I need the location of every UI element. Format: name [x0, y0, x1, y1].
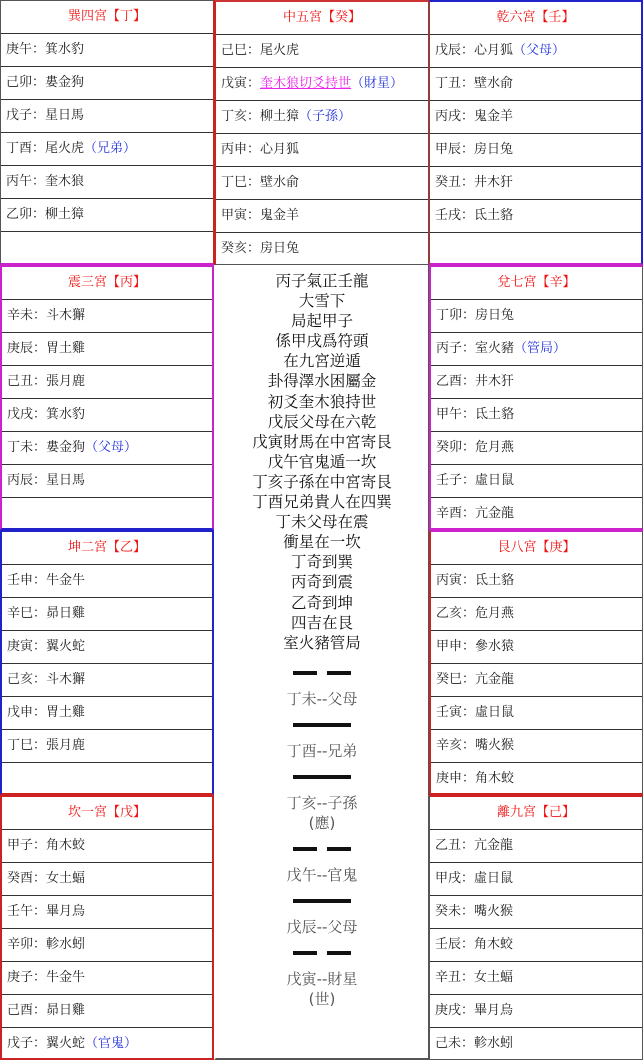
yin-line-icon: [216, 943, 428, 963]
stem-branch: 己亥: [7, 672, 33, 687]
yin-line-icon: [216, 663, 428, 683]
separator: ：: [462, 374, 475, 389]
verse-line: 衝星在一坎: [216, 532, 428, 552]
palace-row: 己丑：張月鹿: [2, 366, 212, 399]
separator: ：: [462, 341, 475, 356]
stem-branch: 丁巳: [7, 738, 33, 753]
solid-bar: [293, 899, 351, 903]
palace-li9: 離九宮【己】乙丑：亢金龍甲戌：虛日鼠癸未：嘴火猴壬辰：角木蛟辛丑：女土蝠庚戌：畢…: [429, 795, 643, 1060]
stem-branch: 癸卯: [436, 440, 462, 455]
separator: ：: [462, 672, 475, 687]
lunar-mansion: 房日兔: [260, 241, 299, 256]
palace-row: 辛亥：嘴火猴: [431, 730, 642, 763]
stem-branch: 己丑: [7, 374, 33, 389]
verse-line: 戊午官鬼遁一坎: [216, 452, 428, 472]
lunar-mansion: 尾火虎: [260, 43, 299, 58]
lunar-mansion: 胃土雞: [46, 341, 85, 356]
lunar-mansion: 氐土貉: [474, 208, 513, 223]
stem-branch: 戊申: [7, 705, 33, 720]
stem-branch: 甲申: [436, 639, 462, 654]
verse-line: 卦得澤水困屬金: [216, 371, 428, 391]
separator: ：: [247, 175, 260, 190]
palace-title: 艮八宮【庚】: [431, 532, 642, 565]
lunar-mansion: 柳土獐: [260, 109, 299, 124]
lunar-mansion: 亢金龍: [475, 506, 514, 521]
lunar-mansion: 女土蝠: [46, 871, 85, 886]
broken-bar: [293, 671, 317, 675]
palace-row: 丙戌：鬼金羊: [430, 101, 641, 134]
palace-row: 壬午：畢月烏: [2, 896, 212, 929]
palace-row: 丙子：室火豬（管局）: [431, 333, 642, 366]
verse-line: 係甲戌爲符頭: [216, 331, 428, 351]
broken-bar: [327, 847, 351, 851]
palace-row: 戊子：翼火蛇（官鬼）: [2, 1028, 212, 1060]
lunar-mansion: 亢金龍: [475, 672, 514, 687]
palace-row: 丁亥：柳土獐（子孫）: [216, 101, 428, 134]
yang-line-icon: [216, 715, 428, 735]
lunar-mansion: 軫水蚓: [474, 1036, 513, 1051]
lunar-mansion: 心月狐: [474, 43, 513, 58]
stem-branch: 丙辰: [7, 473, 33, 488]
lunar-mansion: 井木犴: [474, 175, 513, 190]
stem-branch: 庚午: [6, 42, 32, 57]
broken-bar: [293, 847, 317, 851]
relation-tag: （父母）: [85, 440, 137, 455]
yao-note: (世): [216, 989, 428, 1009]
palace-row: 辛丑：女土蝠: [430, 962, 642, 995]
separator: ：: [247, 208, 260, 223]
palace-title: 坤二宮【乙】: [2, 532, 212, 565]
separator: ：: [32, 207, 45, 222]
palace-row: 丁巳：張月鹿: [2, 730, 212, 763]
palace-row: 甲戌：虛日鼠: [430, 863, 642, 896]
stem-branch: 甲戌: [435, 871, 461, 886]
stem-branch: 壬戌: [435, 208, 461, 223]
separator: ：: [33, 440, 46, 455]
spacer: [216, 1009, 428, 1015]
palace-row: 丁卯：房日兔: [431, 300, 642, 333]
lunar-mansion: 虛日鼠: [475, 473, 514, 488]
palace-row: 戊辰：心月狐（父母）: [430, 35, 641, 68]
stem-branch: 癸酉: [7, 871, 33, 886]
lunar-mansion: 昴日雞: [46, 1003, 85, 1018]
separator: ：: [462, 308, 475, 323]
separator: ：: [33, 573, 46, 588]
palace-row: 乙酉：井木犴: [431, 366, 642, 399]
palace-row: 戊子：星日馬: [1, 100, 213, 133]
separator: ：: [462, 606, 475, 621]
lunar-mansion: 角木蛟: [46, 838, 85, 853]
verse-line: 丁奇到巽: [216, 552, 428, 572]
palace-row: 丁巳：壁水俞: [216, 167, 428, 200]
stem-branch: 丙戌: [435, 109, 461, 124]
palace-zhong5: 中五宮【癸】己巳：尾火虎戊寅：奎木狼切爻持世（財星）丁亥：柳土獐（子孫）丙申：心…: [214, 0, 429, 265]
separator: ：: [461, 838, 474, 853]
stem-branch: 癸巳: [436, 672, 462, 687]
stem-branch: 庚辰: [7, 341, 33, 356]
palace-dui7: 兌七宮【辛】丁卯：房日兔丙子：室火豬（管局）乙酉：井木犴甲午：氐土貉癸卯：危月燕…: [429, 265, 643, 530]
palace-row: 己卯：婁金狗: [1, 67, 213, 100]
palace-title: 兌七宮【辛】: [431, 267, 642, 300]
lunar-mansion: 危月燕: [475, 440, 514, 455]
separator: ：: [462, 705, 475, 720]
palace-xun4: 巽四宮【丁】庚午：箕水豹己卯：婁金狗戊子：星日馬丁酉：尾火虎（兄弟）丙午：奎木狼…: [0, 0, 214, 265]
palace-row: [2, 498, 212, 531]
stem-branch: 己未: [435, 1036, 461, 1051]
stem-branch: 丙子: [436, 341, 462, 356]
relation-tag: （管局）: [514, 341, 566, 356]
stem-branch: 丁酉: [6, 141, 32, 156]
separator: ：: [462, 573, 475, 588]
separator: ：: [33, 871, 46, 886]
stem-branch: 戊寅: [221, 76, 247, 91]
separator: ：: [462, 639, 475, 654]
separator: ：: [461, 142, 474, 157]
separator: ：: [461, 904, 474, 919]
lunar-mansion: 牛金牛: [46, 573, 85, 588]
lunar-mansion: 星日馬: [45, 108, 84, 123]
palace-row: 戊申：胃土雞: [2, 697, 212, 730]
palace-row: 己未：軫水蚓: [430, 1028, 642, 1060]
palace-row: 辛酉：亢金龍: [431, 498, 642, 531]
separator: ：: [32, 42, 45, 57]
separator: ：: [32, 141, 45, 156]
stem-branch: 辛亥: [436, 738, 462, 753]
lunar-mansion: 星日馬: [46, 473, 85, 488]
separator: ：: [247, 142, 260, 157]
palace-row: 癸丑：井木犴: [430, 167, 641, 200]
palace-row: 甲子：角木蛟: [2, 830, 212, 863]
lunar-mansion: 井木犴: [475, 374, 514, 389]
hexagram-block: 丁未--父母丁酉--兄弟丁亥--子孫(應)戊午--官鬼戊辰--父母戊寅--財星(…: [216, 663, 428, 1015]
lunar-mansion: 張月鹿: [46, 738, 85, 753]
separator: ：: [33, 904, 46, 919]
lunar-mansion: 婁金狗: [45, 75, 84, 90]
separator: ：: [462, 506, 475, 521]
lunar-mansion: 嘴火猴: [475, 738, 514, 753]
separator: ：: [247, 109, 260, 124]
palace-title: 乾六宮【壬】: [430, 2, 641, 35]
palace-kan1: 坎一宮【戊】甲子：角木蛟癸酉：女土蝠壬午：畢月烏辛卯：軫水蚓庚子：牛金牛己酉：昴…: [0, 795, 214, 1060]
lunar-mansion: 角木蛟: [474, 937, 513, 952]
stem-branch: 戊辰: [435, 43, 461, 58]
lunar-mansion: 牛金牛: [46, 970, 85, 985]
verse-line: 大雪下: [216, 291, 428, 311]
lunar-mansion: 箕水豹: [45, 42, 84, 57]
stem-branch: 甲子: [7, 838, 33, 853]
separator: ：: [247, 76, 260, 91]
palace-row: 庚寅：翼火蛇: [2, 631, 212, 664]
palace-row: 己亥：斗木獬: [2, 664, 212, 697]
star-link[interactable]: 奎木狼切爻持世: [260, 76, 351, 91]
yao-label: 丁亥--子孫: [216, 793, 428, 813]
lunar-mansion: 昴日雞: [46, 606, 85, 621]
palace-title: 坎一宮【戊】: [2, 797, 212, 830]
palace-row: [430, 233, 641, 266]
relation-tag: （財星）: [351, 76, 403, 91]
palace-row: 癸卯：危月燕: [431, 432, 642, 465]
relation-tag: （兄弟）: [84, 141, 136, 156]
stem-branch: 庚子: [7, 970, 33, 985]
palace-row: 丁未：婁金狗（父母）: [2, 432, 212, 465]
lunar-mansion: 斗木獬: [46, 308, 85, 323]
stem-branch: 辛未: [7, 308, 33, 323]
broken-bar: [293, 951, 317, 955]
palace-row: 丙午：奎木狼: [1, 166, 213, 199]
separator: ：: [33, 937, 46, 952]
palace-row: 壬申：牛金牛: [2, 565, 212, 598]
palace-title: 巽四宮【丁】: [1, 1, 213, 34]
stem-branch: 壬申: [7, 573, 33, 588]
lunar-mansion: 婁金狗: [46, 440, 85, 455]
stem-branch: 戊子: [7, 1036, 33, 1051]
palace-row: 己酉：昴日雞: [2, 995, 212, 1028]
palace-row: 癸亥：房日兔: [216, 233, 428, 266]
stem-branch: 甲午: [436, 407, 462, 422]
verse-line: 四吉在艮: [216, 613, 428, 633]
stem-branch: 辛卯: [7, 937, 33, 952]
palace-row: 辛未：斗木獬: [2, 300, 212, 333]
separator: ：: [462, 738, 475, 753]
lunar-mansion: 翼火蛇: [46, 639, 85, 654]
verse-line: 在九宮逆遁: [216, 351, 428, 371]
stem-branch: 乙亥: [436, 606, 462, 621]
stem-branch: 丁巳: [221, 175, 247, 190]
palace-title: 中五宮【癸】: [216, 2, 428, 35]
palace-row: 壬寅：虛日鼠: [431, 697, 642, 730]
separator: ：: [461, 937, 474, 952]
lunar-mansion: 畢月烏: [46, 904, 85, 919]
lunar-mansion: 翼火蛇: [46, 1036, 85, 1051]
palace-row: 丁丑：壁水俞: [430, 68, 641, 101]
stem-branch: 丁未: [7, 440, 33, 455]
separator: ：: [33, 374, 46, 389]
separator: ：: [33, 407, 46, 422]
lunar-mansion: 亢金龍: [474, 838, 513, 853]
separator: ：: [461, 76, 474, 91]
broken-bar: [327, 951, 351, 955]
verse-line: 戊寅財馬在中宮寄艮: [216, 432, 428, 452]
lunar-mansion: 虛日鼠: [475, 705, 514, 720]
stem-branch: 甲寅: [221, 208, 247, 223]
lunar-mansion: 箕水豹: [46, 407, 85, 422]
stem-branch: 戊子: [6, 108, 32, 123]
palace-row: 甲寅：鬼金羊: [216, 200, 428, 233]
lunar-mansion: 畢月烏: [474, 1003, 513, 1018]
lunar-mansion: 柳土獐: [45, 207, 84, 222]
stem-branch: 壬子: [436, 473, 462, 488]
palace-row: 乙亥：危月燕: [431, 598, 642, 631]
stem-branch: 丁亥: [221, 109, 247, 124]
solid-bar: [293, 723, 351, 727]
yao-label: 丁酉--兄弟: [216, 741, 428, 761]
stem-branch: 辛酉: [436, 506, 462, 521]
stem-branch: 辛巳: [7, 606, 33, 621]
separator: ：: [33, 341, 46, 356]
palace-kun2: 坤二宮【乙】壬申：牛金牛辛巳：昴日雞庚寅：翼火蛇己亥：斗木獬戊申：胃土雞丁巳：張…: [0, 530, 214, 795]
separator: ：: [33, 1003, 46, 1018]
palace-row: 戊戌：箕水豹: [2, 399, 212, 432]
lunar-mansion: 鬼金羊: [260, 208, 299, 223]
palace-row: 庚戌：畢月烏: [430, 995, 642, 1028]
palace-row: 丙寅：氐土貉: [431, 565, 642, 598]
broken-bar: [327, 671, 351, 675]
lunar-mansion: 危月燕: [475, 606, 514, 621]
yang-line-icon: [216, 767, 428, 787]
separator: ：: [247, 241, 260, 256]
relation-tag: （父母）: [513, 43, 565, 58]
palace-row: 丙申：心月狐: [216, 134, 428, 167]
verse-line: 局起甲子: [216, 311, 428, 331]
verse-line: 乙奇到坤: [216, 593, 428, 613]
palace-qian6: 乾六宮【壬】戊辰：心月狐（父母）丁丑：壁水俞丙戌：鬼金羊甲辰：房日兔癸丑：井木犴…: [429, 0, 643, 265]
palace-row: 癸未：嘴火猴: [430, 896, 642, 929]
separator: ：: [33, 838, 46, 853]
separator: ：: [462, 473, 475, 488]
palace-row: 丁酉：尾火虎（兄弟）: [1, 133, 213, 166]
stem-branch: 己酉: [7, 1003, 33, 1018]
stem-branch: 丙午: [6, 174, 32, 189]
palace-row: 乙卯：柳土獐: [1, 199, 213, 232]
stem-branch: 己巳: [221, 43, 247, 58]
lunar-mansion: 虛日鼠: [474, 871, 513, 886]
yin-line-icon: [216, 839, 428, 859]
lunar-mansion: 張月鹿: [46, 374, 85, 389]
separator: ：: [247, 43, 260, 58]
lunar-mansion: 參水猿: [475, 639, 514, 654]
stem-branch: 丙寅: [436, 573, 462, 588]
lunar-mansion: 胃土雞: [46, 705, 85, 720]
yao-label: 戊寅--財星: [216, 969, 428, 989]
verse-block: 丙子氣正壬龍大雪下局起甲子係甲戌爲符頭在九宮逆遁卦得澤水困屬金初爻奎木狼持世戊辰…: [216, 271, 428, 653]
lunar-mansion: 尾火虎: [45, 141, 84, 156]
palace-row: 甲辰：房日兔: [430, 134, 641, 167]
lunar-mansion: 壁水俞: [474, 76, 513, 91]
separator: ：: [462, 407, 475, 422]
palace-row: 庚午：箕水豹: [1, 34, 213, 67]
separator: ：: [461, 109, 474, 124]
palace-row: 壬辰：角木蛟: [430, 929, 642, 962]
lunar-mansion: 室火豬: [475, 341, 514, 356]
lunar-mansion: 鬼金羊: [474, 109, 513, 124]
relation-tag: （子孫）: [299, 109, 351, 124]
verse-line: 丙奇到震: [216, 572, 428, 592]
verse-line: 丁亥子孫在中宮寄艮: [216, 472, 428, 492]
stem-branch: 己卯: [6, 75, 32, 90]
yao-note: (應): [216, 813, 428, 833]
separator: ：: [33, 672, 46, 687]
palace-row: 壬子：虛日鼠: [431, 465, 642, 498]
palace-row: [2, 763, 212, 796]
stem-branch: 庚申: [436, 771, 462, 786]
separator: ：: [461, 208, 474, 223]
palace-row: 庚辰：胃土雞: [2, 333, 212, 366]
palace-row: 甲午：氐土貉: [431, 399, 642, 432]
yao-label: 戊午--官鬼: [216, 865, 428, 885]
stem-branch: 壬寅: [436, 705, 462, 720]
separator: ：: [33, 705, 46, 720]
stem-branch: 乙卯: [6, 207, 32, 222]
separator: ：: [33, 308, 46, 323]
verse-line: 室火豬管局: [216, 633, 428, 653]
separator: ：: [462, 440, 475, 455]
palace-row: 辛卯：軫水蚓: [2, 929, 212, 962]
lunar-mansion: 房日兔: [475, 308, 514, 323]
palace-title: 震三宮【丙】: [2, 267, 212, 300]
stem-branch: 癸未: [435, 904, 461, 919]
lunar-mansion: 角木蛟: [475, 771, 514, 786]
stem-branch: 庚寅: [7, 639, 33, 654]
yang-line-icon: [216, 891, 428, 911]
separator: ：: [32, 108, 45, 123]
stem-branch: 庚戌: [435, 1003, 461, 1018]
lunar-mansion: 心月狐: [260, 142, 299, 157]
center-commentary-panel: 丙子氣正壬龍大雪下局起甲子係甲戌爲符頭在九宮逆遁卦得澤水困屬金初爻奎木狼持世戊辰…: [214, 265, 429, 1060]
lunar-mansion: 女土蝠: [474, 970, 513, 985]
palace-row: 辛巳：昴日雞: [2, 598, 212, 631]
stem-branch: 癸亥: [221, 241, 247, 256]
stem-branch: 辛丑: [435, 970, 461, 985]
verse-line: 戊辰父母在六乾: [216, 412, 428, 432]
verse-line: 初爻奎木狼持世: [216, 392, 428, 412]
separator: ：: [461, 970, 474, 985]
separator: ：: [461, 175, 474, 190]
separator: ：: [461, 43, 474, 58]
palace-row: 丙辰：星日馬: [2, 465, 212, 498]
separator: ：: [33, 970, 46, 985]
solid-bar: [293, 775, 351, 779]
yao-label: 丁未--父母: [216, 689, 428, 709]
stem-branch: 戊戌: [7, 407, 33, 422]
palace-row: 己巳：尾火虎: [216, 35, 428, 68]
palace-row: 甲申：參水猿: [431, 631, 642, 664]
stem-branch: 壬辰: [435, 937, 461, 952]
separator: ：: [461, 1036, 474, 1051]
lunar-mansion: 壁水俞: [260, 175, 299, 190]
separator: ：: [461, 1003, 474, 1018]
stem-branch: 甲辰: [435, 142, 461, 157]
palace-row: 癸巳：亢金龍: [431, 664, 642, 697]
stem-branch: 丙申: [221, 142, 247, 157]
stem-branch: 乙酉: [436, 374, 462, 389]
palace-row: [1, 232, 213, 265]
separator: ：: [33, 738, 46, 753]
palace-row: 壬戌：氐土貉: [430, 200, 641, 233]
palace-zhen3: 震三宮【丙】辛未：斗木獬庚辰：胃土雞己丑：張月鹿戊戌：箕水豹丁未：婁金狗（父母）…: [0, 265, 214, 530]
stem-branch: 乙丑: [435, 838, 461, 853]
verse-line: 丁未父母在震: [216, 512, 428, 532]
relation-tag: （官鬼）: [85, 1036, 137, 1051]
lunar-mansion: 斗木獬: [46, 672, 85, 687]
stem-branch: 丁卯: [436, 308, 462, 323]
palace-row: 癸酉：女土蝠: [2, 863, 212, 896]
palace-gen8: 艮八宮【庚】丙寅：氐土貉乙亥：危月燕甲申：參水猿癸巳：亢金龍壬寅：虛日鼠辛亥：嘴…: [429, 530, 643, 795]
yao-label: 戊辰--父母: [216, 917, 428, 937]
lunar-mansion: 軫水蚓: [46, 937, 85, 952]
lunar-mansion: 氐土貉: [475, 573, 514, 588]
verse-line: 丁酉兄弟貴人在四巽: [216, 492, 428, 512]
palace-row: 庚申：角木蛟: [431, 763, 642, 796]
palace-row: 戊寅：奎木狼切爻持世（財星）: [216, 68, 428, 101]
lunar-mansion: 嘴火猴: [474, 904, 513, 919]
lunar-mansion: 氐土貉: [475, 407, 514, 422]
separator: ：: [32, 75, 45, 90]
verse-line: 丙子氣正壬龍: [216, 271, 428, 291]
separator: ：: [32, 174, 45, 189]
stem-branch: 丁丑: [435, 76, 461, 91]
separator: ：: [461, 871, 474, 886]
separator: ：: [33, 606, 46, 621]
